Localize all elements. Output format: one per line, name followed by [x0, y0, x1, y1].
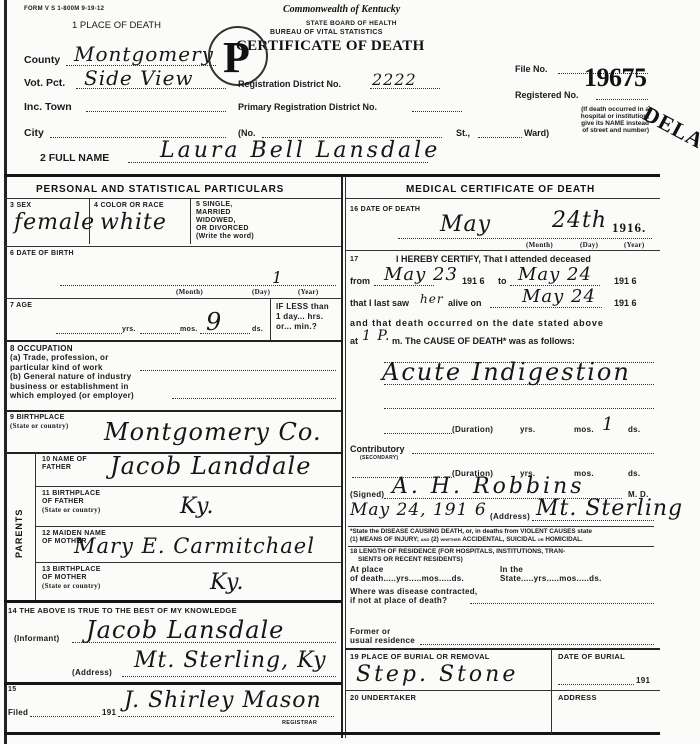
signed-address-label: (Address)	[490, 512, 530, 521]
contributory-line	[412, 453, 654, 454]
vot-pct-value: Side View	[84, 66, 194, 90]
no-label: (No.	[238, 128, 256, 138]
left-border	[4, 0, 7, 744]
in-state-label: In the State.....yrs.....mos.....ds.	[500, 565, 602, 583]
informant-address-value: Mt. Sterling, Ky	[134, 648, 327, 673]
alive-on-label: alive on	[448, 298, 482, 308]
medical-header: MEDICAL CERTIFICATE OF DEATH	[406, 184, 595, 195]
date-of-death-label: 16 DATE OF DEATH	[350, 206, 420, 213]
row-divider	[348, 526, 654, 527]
duration-yrs: yrs.	[520, 425, 535, 434]
dod-month: May	[440, 212, 491, 237]
burial-date-label: DATE OF BURIAL	[558, 652, 625, 661]
signed-date-value: May 24, 191 6	[350, 500, 487, 520]
row-divider	[35, 562, 341, 563]
informant-address-line	[122, 676, 336, 677]
city-label: City	[24, 127, 44, 139]
father-name-value: Jacob Landdale	[110, 452, 311, 480]
former-residence-line	[420, 644, 654, 645]
primary-reg-label: Primary Registration District No.	[238, 102, 377, 112]
dod-line	[398, 238, 652, 239]
duration-label: (Duration)	[452, 425, 493, 434]
burial-place-label: 19 PLACE OF BURIAL OR REMOVAL	[350, 652, 490, 661]
at-value: 1 P.	[362, 328, 390, 344]
birthplace-value: Montgomery Co.	[104, 418, 322, 446]
row-divider	[4, 682, 341, 685]
age-mos-value: 9	[206, 308, 222, 336]
filed-191: 191	[102, 708, 116, 717]
age-label: 7 AGE	[10, 302, 32, 309]
row-divider	[4, 410, 341, 412]
alive-on-year: 191 6	[614, 298, 637, 308]
signed-address-value: Mt. Sterling	[536, 496, 683, 521]
ward-label: Ward)	[524, 128, 549, 138]
dod-day-caption: (Day)	[580, 241, 598, 249]
last-saw-label: that I last saw	[350, 298, 409, 308]
st-label: St.,	[456, 128, 470, 138]
hospital-note: (If death occurred in a hospital or inst…	[577, 106, 649, 134]
row-divider	[345, 690, 660, 691]
to-year: 191 6	[614, 276, 637, 286]
age-mos-caption: mos.	[180, 326, 198, 333]
row-divider	[4, 298, 341, 299]
registrar-line	[118, 716, 334, 717]
signed-label: (Signed)	[350, 490, 384, 499]
registrar-value: J. Shirley Mason	[124, 688, 322, 713]
death-certificate: FORM V S 1-800M 9-19-12 Commonwealth of …	[0, 0, 700, 744]
at-place-label: At place of death.....yrs.....mos.....ds…	[350, 565, 464, 583]
sex-value: female	[14, 210, 95, 235]
dob-day-value: 1	[272, 268, 283, 287]
certify-number: 17	[350, 256, 358, 263]
place-of-death-label: 1 PLACE OF DEATH	[72, 20, 161, 31]
color-value: white	[100, 210, 167, 235]
vot-pct-label: Vot. Pct.	[24, 77, 65, 89]
alive-on-value: May 24	[522, 286, 596, 307]
footnote: *State the DISEASE CAUSING DEATH, or, in…	[350, 528, 592, 544]
where-contracted-label: Where was disease contracted, if not at …	[350, 587, 477, 605]
num-15: 15	[8, 686, 16, 693]
primary-reg-line	[412, 111, 462, 112]
commonwealth-heading: Commonwealth of Kentucky	[283, 4, 400, 15]
form-number: FORM V S 1-800M 9-19-12	[24, 6, 104, 12]
inc-town-label: Inc. Town	[24, 101, 72, 113]
personal-header: PERSONAL AND STATISTICAL PARTICULARS	[36, 184, 284, 195]
row-divider	[35, 486, 341, 487]
birthplace-label: 9 BIRTHPLACE (State or country)	[10, 414, 69, 430]
file-no-label: File No.	[515, 64, 548, 74]
burial-date-191: 191	[636, 676, 650, 685]
duration-ds-value: 1	[602, 414, 614, 435]
informant-label: (Informant)	[14, 634, 60, 643]
father-birthplace-label: 11 BIRTHPLACE OF FATHER (State or countr…	[42, 490, 101, 514]
filed-label: Filed	[8, 708, 28, 717]
col-divider	[89, 198, 90, 244]
bureau-heading: BUREAU OF VITAL STATISTICS	[270, 29, 383, 36]
at-label: at	[350, 336, 358, 346]
reg-district-label: Registration District No.	[238, 79, 341, 89]
from-year: 191 6	[462, 276, 485, 286]
age-yrs-caption: yrs.	[122, 326, 136, 333]
inc-town-line	[86, 111, 226, 112]
undertaker-label: 20 UNDERTAKER	[350, 693, 416, 702]
duration-mos: mos.	[574, 425, 594, 434]
filed-line	[30, 716, 100, 717]
dob-year-caption: (Year)	[298, 288, 318, 296]
duration-line	[384, 433, 452, 434]
from-label: from	[350, 276, 370, 286]
certify-text: I HEREBY CERTIFY, That I attended deceas…	[396, 254, 591, 264]
age-ds-caption: ds.	[252, 326, 263, 333]
p-stamp: P	[208, 26, 268, 86]
header-divider	[4, 174, 660, 177]
to-value: May 24	[518, 264, 592, 285]
death-occurred-text: and that death occurred on the date stat…	[350, 318, 604, 328]
center-divider-inner	[345, 176, 346, 738]
row-divider	[345, 648, 660, 650]
cause-text: m. The CAUSE OF DEATH* was as follows:	[392, 336, 575, 346]
bottom-border	[4, 732, 660, 735]
row-divider	[4, 340, 341, 342]
parents-label: PARENTS	[14, 509, 24, 558]
father-birthplace-value: Ky.	[180, 494, 215, 519]
father-name-label: 10 NAME OF FATHER	[42, 456, 87, 472]
last-saw-pronoun: her	[420, 292, 444, 306]
secondary-label: (SECONDARY)	[360, 455, 398, 461]
age-ds-line	[200, 333, 250, 334]
duration-ds: ds.	[628, 425, 640, 434]
undertaker-address-label: ADDRESS	[558, 693, 597, 702]
occupation-b-line	[172, 398, 336, 399]
residence-label: 18 LENGTH OF RESIDENCE (FOR HOSPITALS, I…	[350, 548, 565, 563]
full-name-label: 2 FULL NAME	[40, 152, 109, 164]
mother-birthplace-label: 13 BIRTHPLACE OF MOTHER (State or countr…	[42, 566, 101, 590]
sex-label: 3 SEX	[10, 202, 31, 209]
age-mos-line	[140, 333, 180, 334]
former-residence-label: Former or usual residence	[350, 627, 415, 645]
county-value: Montgomery	[74, 42, 214, 66]
burial-place-value: Step. Stone	[356, 662, 518, 687]
from-value: May 23	[384, 264, 458, 285]
registered-no-label: Registered No.	[515, 90, 579, 100]
cause-value: Acute Indigestion	[382, 358, 631, 386]
dob-day-caption: (Day)	[252, 288, 270, 296]
age-yrs-line	[56, 333, 122, 334]
center-divider	[341, 176, 343, 738]
less-than-day-label: IF LESS than 1 day... hrs. or... min.?	[276, 302, 329, 332]
from-line	[374, 285, 434, 286]
dod-year: 1916.	[612, 220, 646, 236]
burial-col-divider	[551, 648, 552, 734]
board-heading: STATE BOARD OF HEALTH	[306, 20, 397, 27]
mother-name-value: Mary E. Carmitchael	[74, 534, 315, 558]
duration-2-ds: ds.	[628, 469, 640, 478]
occupation-a-line	[140, 370, 336, 371]
color-label: 4 COLOR OR RACE	[94, 202, 164, 209]
informant-value: Jacob Lansdale	[86, 616, 284, 644]
registered-no-line	[596, 99, 648, 100]
col-divider	[270, 298, 271, 340]
ward-line	[478, 137, 522, 138]
dod-year-caption: (Year)	[624, 241, 644, 249]
alive-on-line	[490, 307, 602, 308]
dod-month-caption: (Month)	[526, 241, 553, 249]
marital-label: 5 SINGLE, MARRIED WIDOWED, OR DIVORCED (…	[196, 201, 254, 241]
true-statement: 14 THE ABOVE IS TRUE TO THE BEST OF MY K…	[8, 606, 237, 615]
to-label: to	[498, 276, 507, 286]
mother-birthplace-value: Ky.	[210, 570, 245, 595]
dob-label: 6 DATE OF BIRTH	[10, 250, 74, 257]
row-divider	[345, 198, 660, 199]
row-divider	[35, 526, 341, 527]
col-divider	[190, 198, 191, 244]
registrar-label: REGISTRAR	[282, 720, 317, 726]
dob-month-caption: (Month)	[176, 288, 203, 296]
cause-line-3	[384, 408, 654, 409]
county-label: County	[24, 54, 60, 66]
where-contracted-line	[470, 603, 654, 604]
row-divider	[4, 198, 341, 199]
file-no-value: 19675	[584, 63, 647, 93]
reg-district-value: 2222	[372, 70, 417, 89]
dob-line	[60, 285, 336, 286]
row-divider	[4, 600, 341, 603]
burial-date-line	[558, 684, 634, 685]
row-divider	[4, 246, 341, 247]
contributory-label: Contributory	[350, 444, 405, 454]
full-name-value: Laura Bell Lansdale	[160, 138, 440, 163]
informant-address-label: (Address)	[72, 668, 112, 677]
row-divider	[345, 250, 660, 251]
occupation-label: 8 OCCUPATION (a) Trade, profession, or p…	[10, 344, 134, 400]
row-divider	[348, 546, 654, 547]
dod-day: 24th	[552, 208, 607, 233]
